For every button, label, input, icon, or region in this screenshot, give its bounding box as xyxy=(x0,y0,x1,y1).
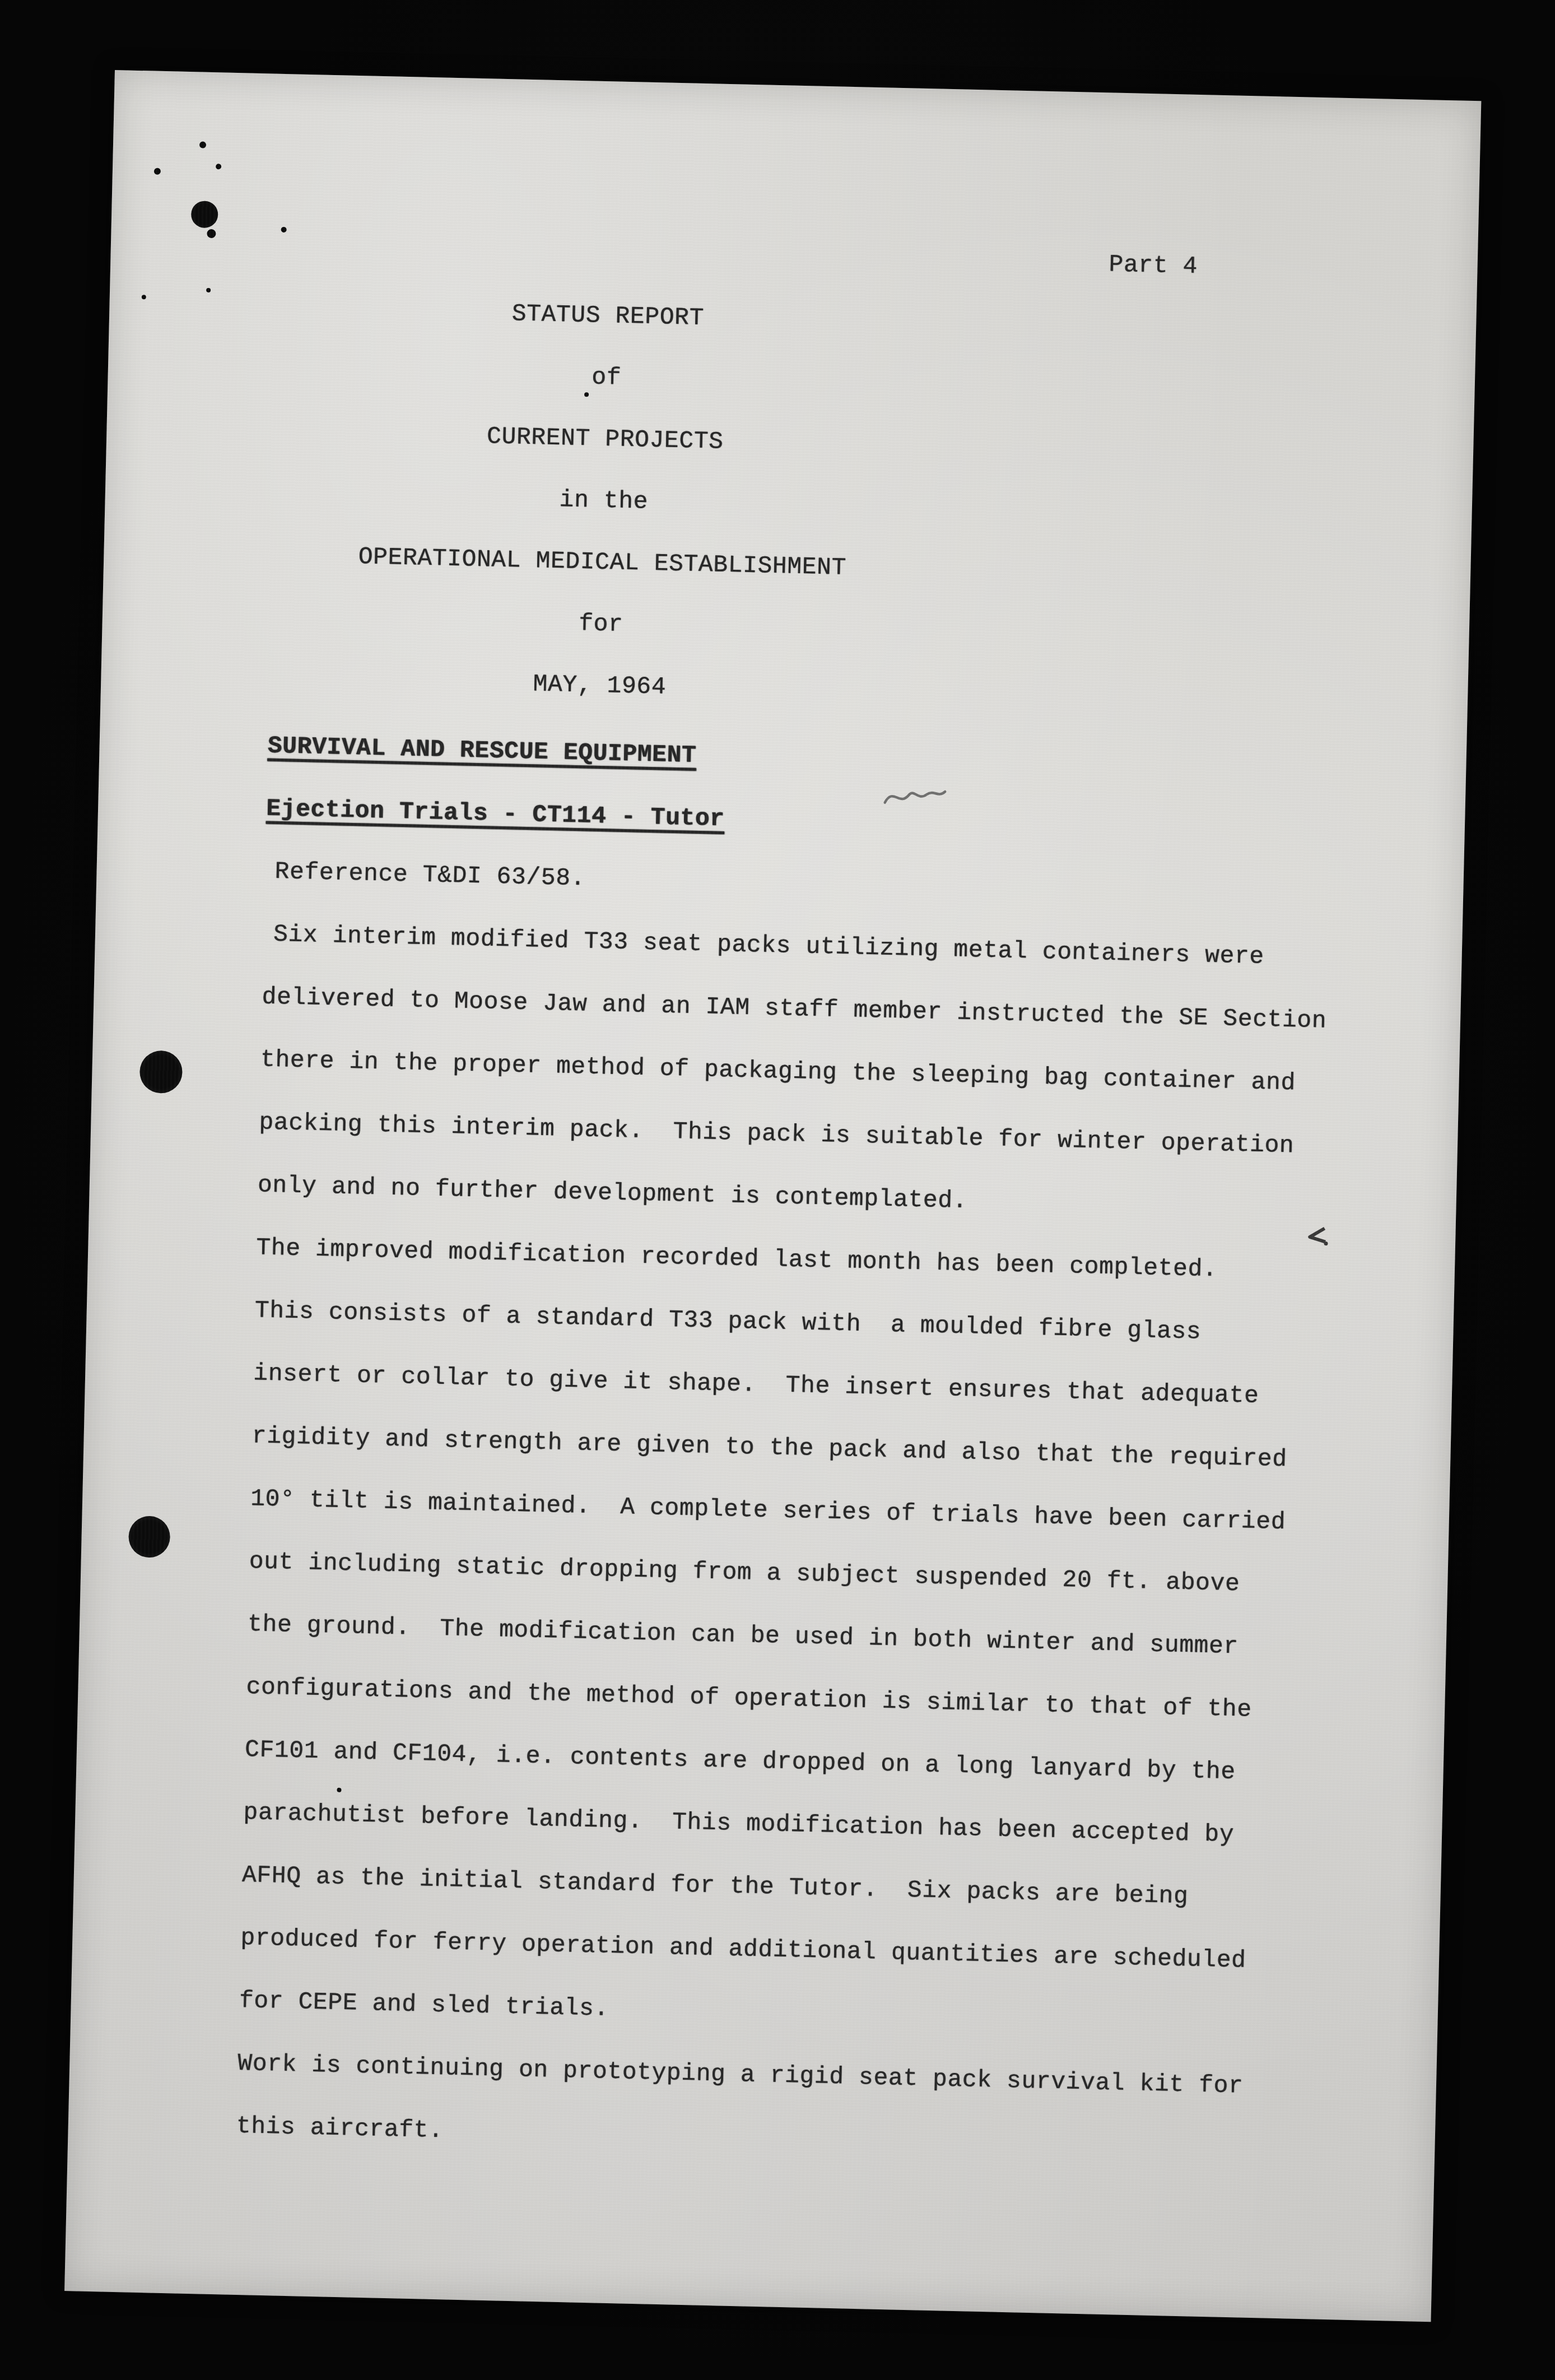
ink-check-mark xyxy=(1303,1225,1330,1251)
ink-spot xyxy=(281,227,287,233)
ink-spot xyxy=(128,1516,171,1558)
ink-spot xyxy=(154,168,161,175)
scan-background: Part 4 STATUS REPORTofCURRENT PROJECTSin… xyxy=(0,0,1555,2380)
ink-spot xyxy=(216,164,221,169)
document-page: Part 4 STATUS REPORTofCURRENT PROJECTSin… xyxy=(64,70,1481,2322)
part-number: Part 4 xyxy=(1109,252,1198,278)
pen-squiggle-mark xyxy=(881,781,949,814)
ink-spot xyxy=(199,141,206,148)
ink-spot xyxy=(142,295,146,299)
ink-spot xyxy=(206,288,211,292)
ink-spots-layer xyxy=(115,70,1481,101)
ink-spot xyxy=(207,229,216,238)
ink-spot xyxy=(139,1050,183,1094)
report-body: SURVIVAL AND RESCUE EQUIPMENTEjection Tr… xyxy=(236,715,1383,2183)
report-title-block: STATUS REPORTofCURRENT PROJECTSin theOPE… xyxy=(201,276,1006,726)
ink-spot xyxy=(191,201,218,228)
